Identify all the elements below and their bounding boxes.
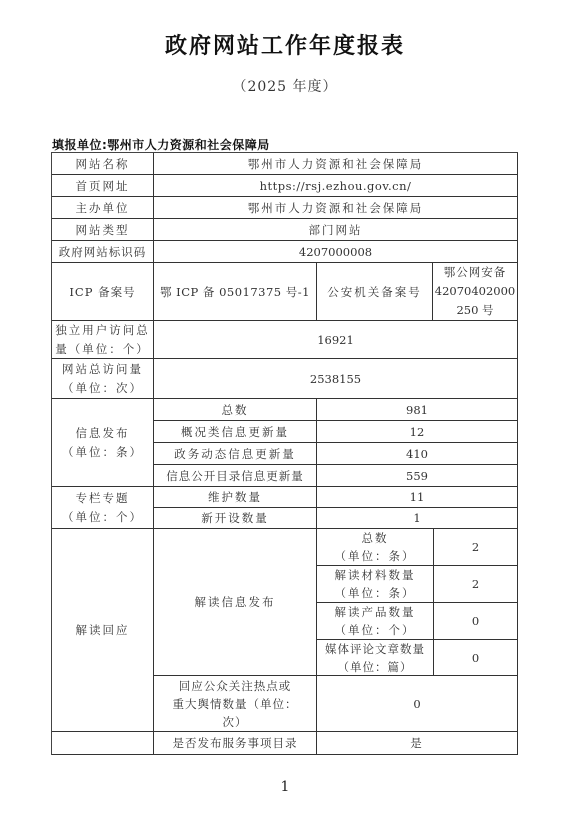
total-visits-label: 网站总访问量 （单位：次）: [52, 359, 154, 399]
police-record-value: 鄂公网安备 42070402000 250 号: [433, 263, 518, 321]
filler-unit-label: 填报单位:鄂州市人力资源和社会保障局: [52, 136, 270, 153]
interpretation-label: 解读回应: [52, 529, 154, 732]
interp-material-label: 解读材料数量 （单位：条）: [317, 566, 434, 603]
info-overview-label: 概况类信息更新量: [154, 421, 317, 443]
interp-total-value: 2: [434, 529, 518, 566]
special-new-value: 1: [317, 508, 518, 529]
special-column-label-line2: （单位：个）: [62, 508, 143, 527]
interp-media-label-line1: 媒体评论文章数量: [325, 640, 425, 658]
report-year: （2025 年度）: [0, 76, 570, 96]
total-visits-label-line1: 网站总访问量: [62, 360, 143, 379]
special-maintained-label: 维护数量: [154, 487, 317, 508]
response-label-line2: 重大舆情数量（单位：: [173, 695, 298, 713]
info-disclosure-label: 信息公开目录信息更新量: [154, 465, 317, 487]
info-publish-label-line2: （单位：条）: [62, 443, 143, 462]
website-name-value: 鄂州市人力资源和社会保障局: [154, 153, 518, 175]
info-publish-label: 信息发布 （单位：条）: [52, 399, 154, 487]
site-type-label: 网站类型: [52, 219, 154, 241]
info-news-label: 政务动态信息更新量: [154, 443, 317, 465]
service-catalog-empty: [52, 732, 154, 755]
homepage-url-value[interactable]: https://rsj.ezhou.gov.cn/: [154, 175, 518, 197]
site-id-value: 4207000008: [154, 241, 518, 263]
service-catalog-label: 是否发布服务事项目录: [154, 732, 317, 755]
special-new-label: 新开设数量: [154, 508, 317, 529]
interpretation-publish-label: 解读信息发布: [154, 529, 317, 676]
special-column-label-line1: 专栏专题: [76, 489, 130, 508]
interp-material-label-line2: （单位：条）: [335, 584, 416, 602]
unique-visitors-label-line1: 独立用户访问总: [55, 321, 150, 340]
website-name-label: 网站名称: [52, 153, 154, 175]
interp-total-label: 总数 （单位：条）: [317, 529, 434, 566]
sponsor-value: 鄂州市人力资源和社会保障局: [154, 197, 518, 219]
response-value: 0: [317, 676, 518, 732]
unique-visitors-label: 独立用户访问总 量（单位：个）: [52, 321, 154, 359]
interp-total-label-line1: 总数: [362, 529, 389, 547]
homepage-url-label: 首页网址: [52, 175, 154, 197]
info-total-label: 总数: [154, 399, 317, 421]
interp-media-label: 媒体评论文章数量 （单位：篇）: [317, 640, 434, 676]
info-news-value: 410: [317, 443, 518, 465]
page-title: 政府网站工作年度报表: [0, 29, 570, 60]
unique-visitors-label-line2: 量（单位：个）: [55, 340, 150, 359]
interp-total-label-line2: （单位：条）: [335, 547, 416, 565]
page-number: 1: [0, 779, 570, 795]
interp-material-label-line1: 解读材料数量: [335, 566, 416, 584]
interp-media-label-line2: （单位：篇）: [338, 658, 413, 676]
police-record-label: 公安机关备案号: [317, 263, 433, 321]
interp-product-label-line2: （单位：个）: [335, 621, 416, 639]
site-type-value: 部门网站: [154, 219, 518, 241]
interp-product-label-line1: 解读产品数量: [335, 603, 416, 621]
info-disclosure-value: 559: [317, 465, 518, 487]
unique-visitors-value: 16921: [154, 321, 518, 359]
interp-material-value: 2: [434, 566, 518, 603]
service-catalog-value: 是: [317, 732, 518, 755]
icp-label: ICP 备案号: [52, 263, 154, 321]
info-publish-label-line1: 信息发布: [76, 424, 130, 443]
response-label-line1: 回应公众关注热点或: [179, 677, 292, 695]
police-record-line3: 250 号: [456, 301, 493, 320]
special-maintained-value: 11: [317, 487, 518, 508]
info-total-value: 981: [317, 399, 518, 421]
info-overview-value: 12: [317, 421, 518, 443]
sponsor-label: 主办单位: [52, 197, 154, 219]
icp-value: 鄂 ICP 备 05017375 号-1: [154, 263, 317, 321]
special-column-label: 专栏专题 （单位：个）: [52, 487, 154, 529]
interp-media-value: 0: [434, 640, 518, 676]
police-record-line1: 鄂公网安备: [444, 263, 507, 282]
response-label-line3: 次）: [223, 713, 248, 731]
interp-product-label: 解读产品数量 （单位：个）: [317, 603, 434, 640]
total-visits-value: 2538155: [154, 359, 518, 399]
police-record-line2: 42070402000: [435, 282, 515, 301]
total-visits-label-line2: （单位：次）: [62, 379, 143, 398]
site-id-label: 政府网站标识码: [52, 241, 154, 263]
interp-product-value: 0: [434, 603, 518, 640]
response-label: 回应公众关注热点或 重大舆情数量（单位： 次）: [154, 676, 317, 732]
